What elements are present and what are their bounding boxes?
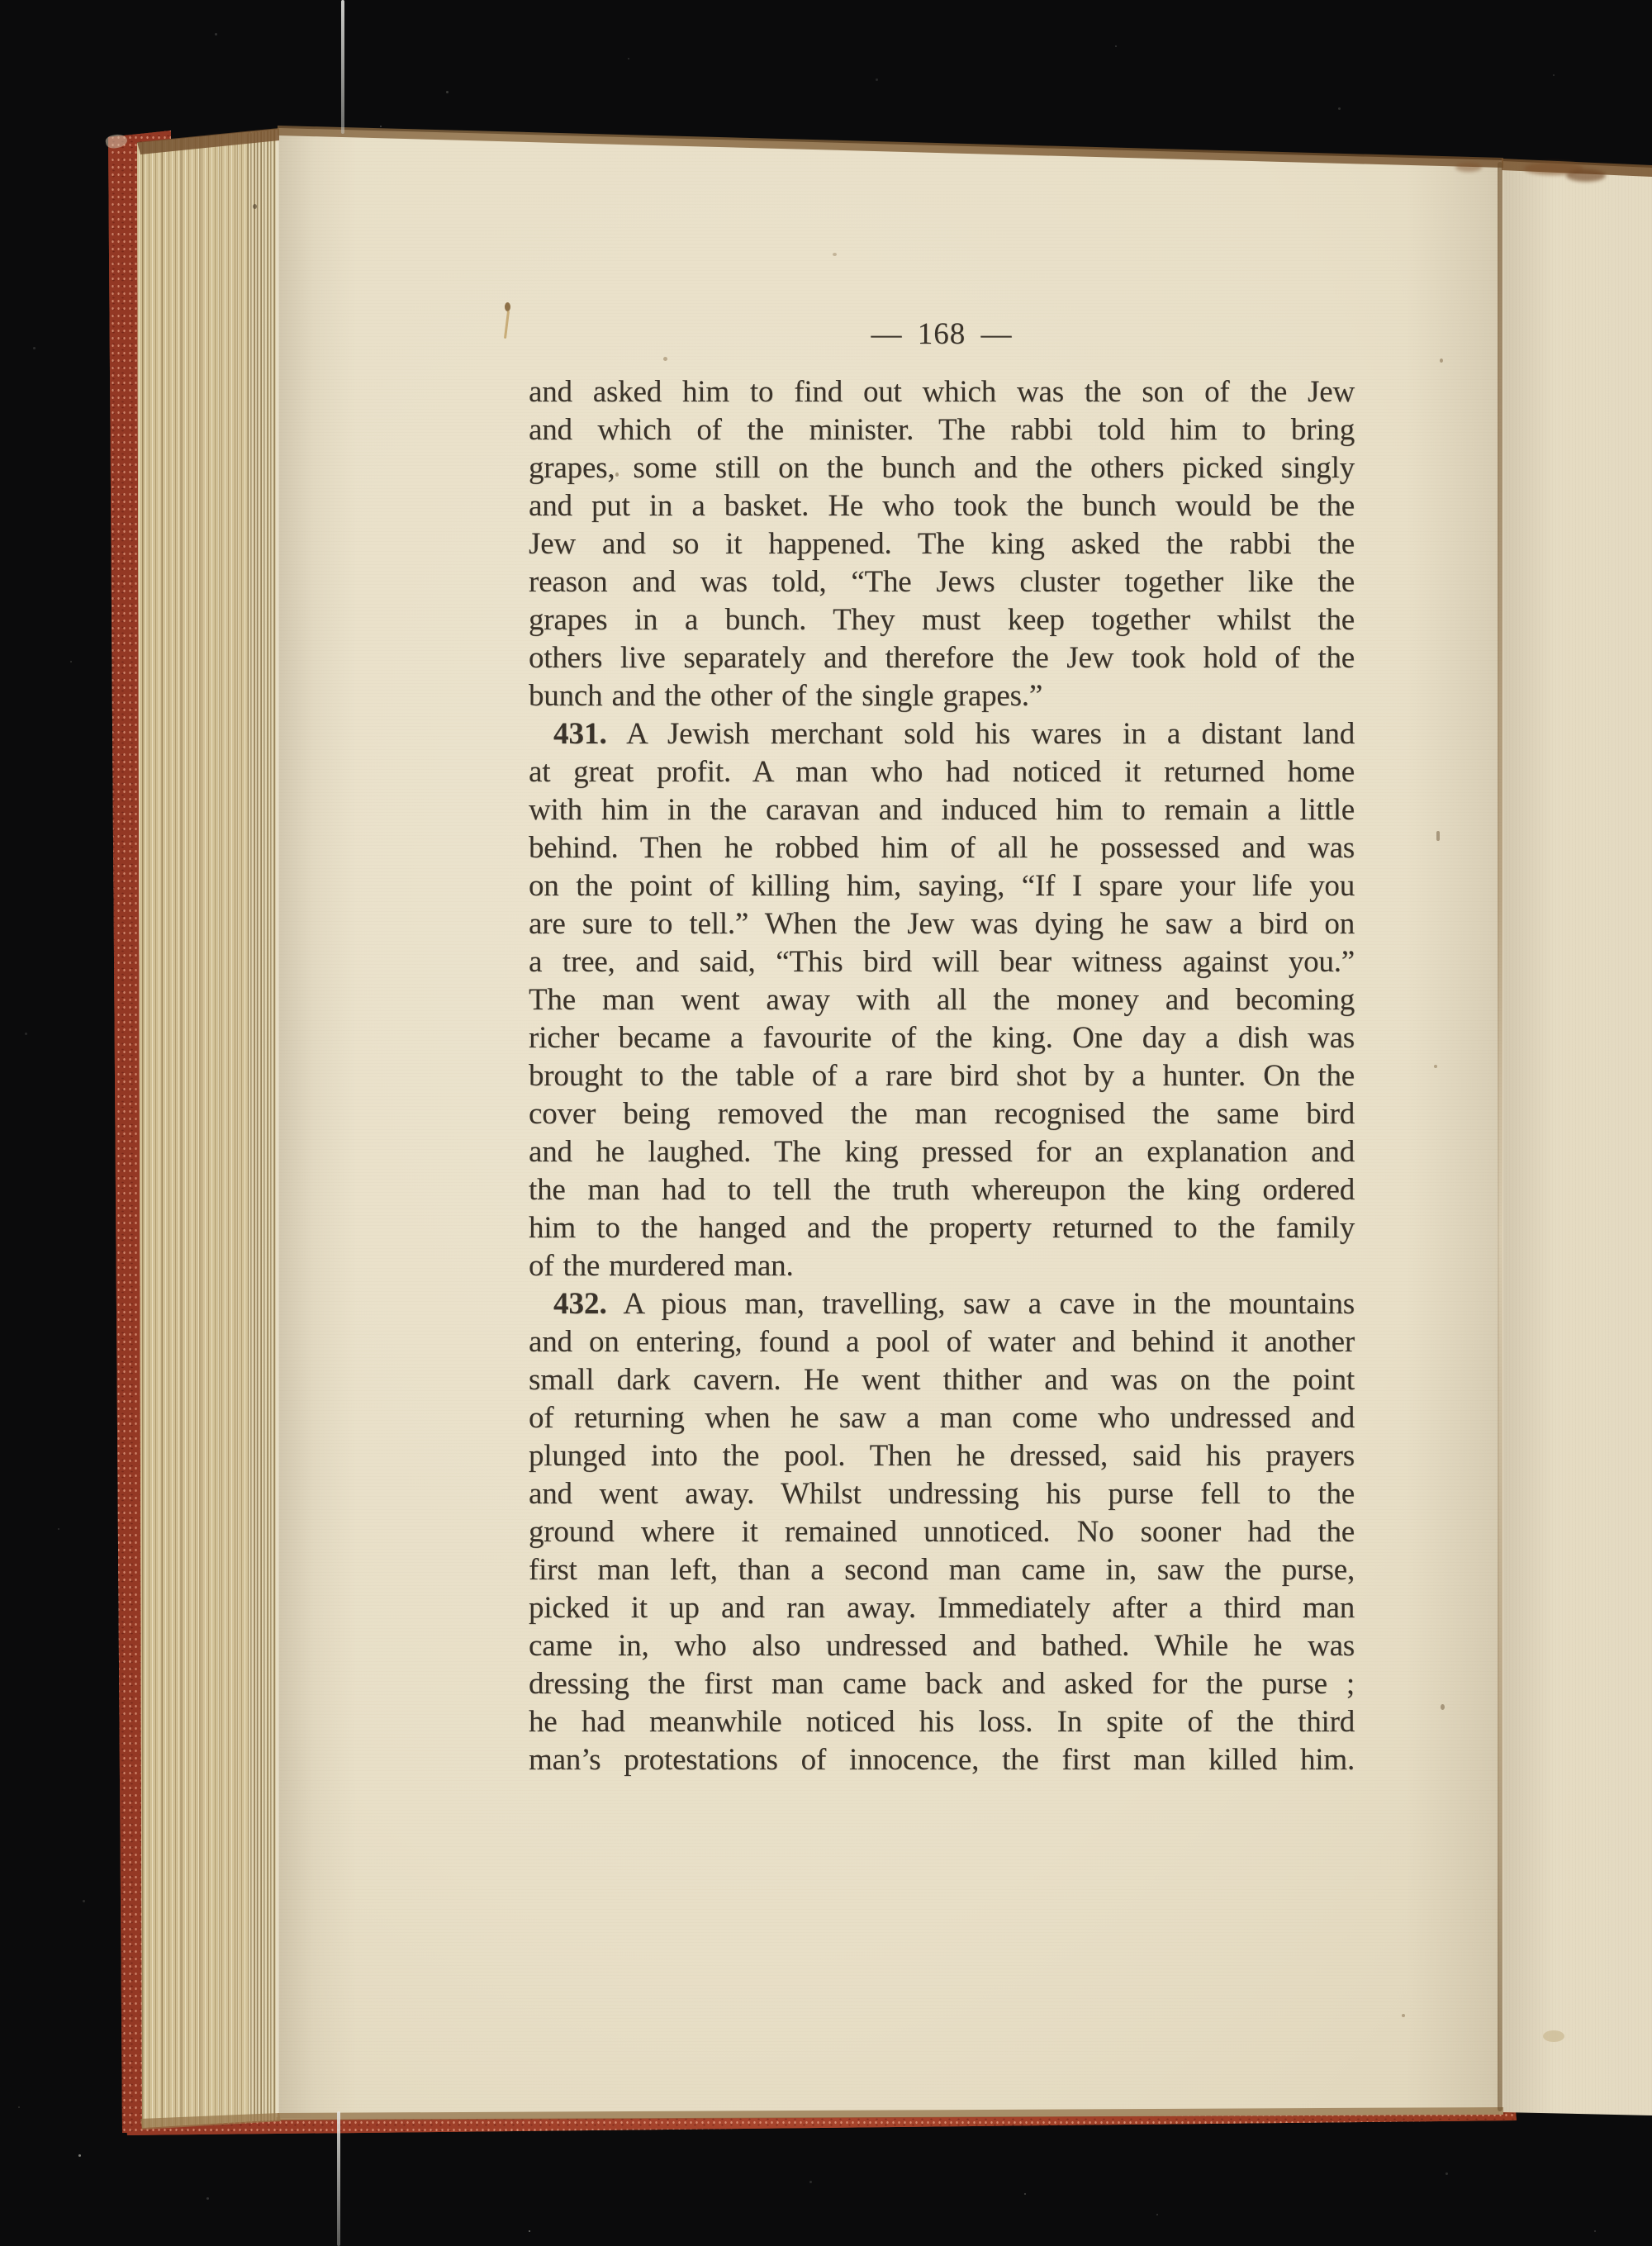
dust-speck [1553,74,1555,76]
page-number: — 168 — [529,316,1355,352]
dust-speck [809,2181,812,2183]
paper-blemish [1402,2014,1405,2017]
book-scan-photo: — 168 — and asked him to find out which … [0,0,1652,2246]
dust-speck [70,661,72,662]
text-line: small dark cavern. He went thither and w… [529,1361,1355,1399]
text-line: 431. A Jewish merchant sold his wares in… [529,715,1355,753]
text-line: bunch and the other of the single grapes… [529,677,1355,715]
text-line: of the murdered man. [529,1247,1355,1285]
gutter-crease [1498,162,1502,2111]
text-line: at great profit. A man who had noticed i… [529,753,1355,791]
text-line: plunged into the pool. Then he dressed, … [529,1437,1355,1475]
dust-speck [876,78,878,81]
paper-blemish [1543,2030,1564,2042]
paper-blemish [1441,1704,1445,1710]
paper-blemish [1440,359,1443,363]
text-line: he had meanwhile noticed his loss. In sp… [529,1703,1355,1741]
dust-speck [206,2197,209,2200]
cradle-string-bottom [337,2111,340,2246]
paper-blemish [833,253,837,256]
dust-speck [215,33,217,36]
text-line: ground where it remained unnoticed. No s… [529,1513,1355,1551]
text-line: came in, who also undressed and bathed. … [529,1627,1355,1665]
text-line: and put in a basket. He who took the bun… [529,487,1355,525]
dust-speck [58,1528,59,1530]
dust-speck [1115,45,1117,47]
paragraph-number: 431. [553,717,607,751]
dust-speck [380,126,382,127]
text-line: of returning when he saw a man come who … [529,1399,1355,1437]
text-line: cover being removed the man recognised t… [529,1095,1355,1133]
dust-speck [1338,107,1341,110]
text-line: first man left, than a second man came i… [529,1551,1355,1589]
page-left-curvature-shadow [278,129,357,2118]
text-line: grapes in a bunch. They must keep togeth… [529,601,1355,639]
text-line: brought to the table of a rare bird shot… [529,1057,1355,1095]
text-line: others live separately and therefore the… [529,639,1355,677]
text-line: are sure to tell.” When the Jew was dyin… [529,905,1355,943]
text-line: man’s protestations of innocence, the fi… [529,1741,1355,1779]
dust-speck [446,91,449,93]
text-line: and asked him to find out which was the … [529,373,1355,411]
paragraph-number: 432. [553,1287,607,1321]
paper-blemish [663,357,667,361]
cradle-string-top [341,0,344,134]
text-line: Jew and so it happened. The king asked t… [529,525,1355,563]
text-line: a tree, and said, “This bird will bear w… [529,943,1355,981]
text-line: and on entering, found a pool of water a… [529,1323,1355,1361]
paper-blemish [253,204,257,209]
dust-speck [628,58,629,59]
text-line: the man had to tell the truth whereupon … [529,1171,1355,1209]
dust-speck [1594,2230,1596,2232]
dust-speck [18,2106,20,2108]
text-line: richer became a favourite of the king. O… [529,1019,1355,1057]
text-line: dressing the first man came back and ask… [529,1665,1355,1703]
gutter-head-smudge [1566,169,1606,182]
text-line: with him in the caravan and induced him … [529,791,1355,829]
right-page-gutter-shadow [1503,161,1555,2114]
page-stack-dense-edges [247,129,280,2121]
dust-speck [25,1033,27,1035]
text-line: picked it up and ran away. Immediately a… [529,1589,1355,1627]
text-line: and which of the minister. The rabbi tol… [529,411,1355,449]
text-line: reason and was told, “The Jews cluster t… [529,563,1355,601]
text-line: 432. A pious man, travelling, saw a cave… [529,1285,1355,1323]
dust-speck [33,347,36,349]
page-text: and asked him to find out which was the … [529,373,1355,1779]
dust-speck [1156,2214,1158,2215]
gutter-head-smudge [1455,163,1482,172]
dust-speck [83,1900,85,1902]
dust-speck [1445,2172,1448,2175]
text-line: grapes, some still on the bunch and the … [529,449,1355,487]
text-line: and he laughed. The king pressed for an … [529,1133,1355,1171]
text-line: behind. Then he robbed him of all he pos… [529,829,1355,867]
dust-speck [529,2230,530,2232]
gutter-shadow [1406,160,1499,2115]
text-line: on the point of killing him, saying, “If… [529,867,1355,905]
text-line: The man went away with all the money and… [529,981,1355,1019]
paper-blemish [1434,1065,1437,1068]
dust-speck [1024,2193,1026,2195]
dust-speck [78,2154,81,2157]
text-line: and went away. Whilst undressing his pur… [529,1475,1355,1513]
text-line: him to the hanged and the property retur… [529,1209,1355,1247]
paper-blemish [615,472,619,477]
paper-blemish [1436,831,1440,841]
